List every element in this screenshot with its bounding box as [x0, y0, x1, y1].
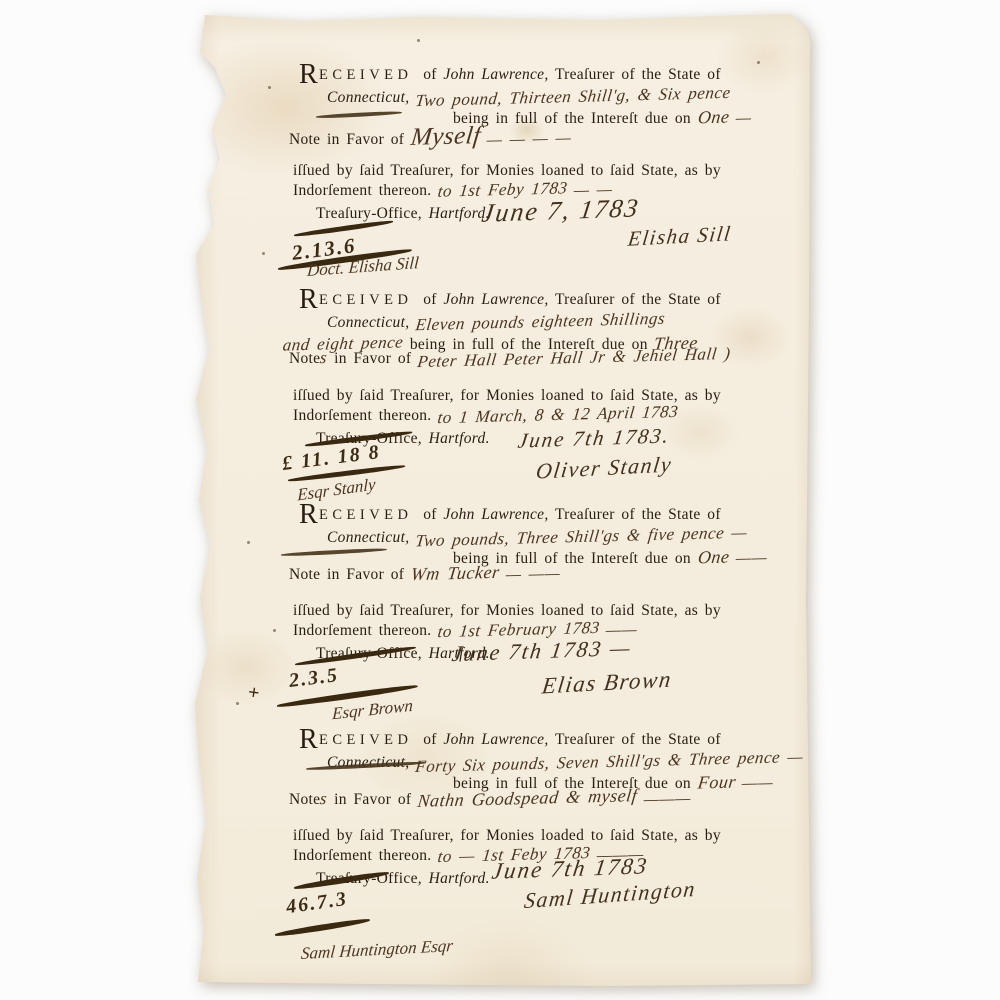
favor-line: Note in Favor of Myself — — — — — [289, 123, 571, 151]
drop-cap: R — [299, 724, 318, 755]
issued-line: iſſued by ſaid Treaſurer, for Monies loa… — [293, 162, 721, 180]
signature-handwriting: Elisha Sill — [627, 221, 733, 252]
state-name: Connecticut, — [327, 529, 409, 546]
date-handwriting: June 7, 1783 — [480, 193, 642, 229]
date-handwriting: June 7th 1783. — [516, 423, 672, 453]
payer-name: John Lawrence, — [443, 506, 548, 523]
office-line: Treaſury-Office, Hartford. — [316, 205, 490, 223]
pen-stroke — [281, 547, 387, 557]
due-count-handwriting: One — [696, 107, 730, 129]
favor-line: Note in Favor of Wm Tucker — —— — [289, 563, 560, 584]
drop-cap: R — [299, 59, 318, 90]
payer-name: John Lawrence, — [443, 291, 548, 308]
city-name: Hartford. — [429, 870, 490, 887]
favor-line: Notes in Favor of Peter Hall Peter Hall … — [289, 348, 737, 368]
docket-handwriting: Esqr Brown — [332, 696, 413, 725]
issued-line: iſſued by ſaid Treaſurer, for Monies loa… — [293, 602, 721, 620]
date-handwriting: June 7th 1783 — — [450, 635, 633, 667]
state-name: Connecticut, — [327, 314, 409, 331]
amount-line: Connecticut, Two pound, Thirteen Shill'g… — [327, 87, 730, 107]
payee-handwriting: Myself — [409, 122, 482, 152]
drop-cap: R — [299, 499, 318, 530]
amount-line: Connecticut, Two pounds, Three Shill'gs … — [327, 527, 747, 547]
ink-speck — [417, 39, 420, 42]
due-count-handwriting: Four — [696, 772, 737, 794]
docket-handwriting: Saml Huntington Esqr — [300, 936, 454, 964]
issued-line: iſſued by ſaid Treaſurer, for Monies loa… — [293, 827, 721, 845]
document-photo: RECEIVED of John Lawrence, Treaſurer of … — [0, 0, 1000, 1000]
margin-amount-handwriting: 46.7.3 — [285, 888, 350, 919]
ink-speck — [757, 61, 760, 64]
received-line: RECEIVED of John Lawrence, Treaſurer of … — [299, 731, 721, 749]
payee-handwriting: Wm Tucker — [410, 562, 501, 585]
document-text-layer: RECEIVED of John Lawrence, Treaſurer of … — [0, 0, 1000, 1000]
ink-speck — [236, 702, 239, 705]
received-line: RECEIVED of John Lawrence, Treaſurer of … — [299, 66, 721, 84]
favor-line: Notes in Favor of Nathn Goodspead & myse… — [289, 788, 691, 809]
payer-name: John Lawrence, — [443, 66, 548, 83]
received-line: RECEIVED of John Lawrence, Treaſurer of … — [299, 506, 721, 524]
ink-speck — [268, 86, 271, 89]
ink-speck — [262, 252, 265, 255]
indorsement-line: Indorſement thereon. to 1 March, 8 & 12 … — [293, 405, 685, 425]
state-name: Connecticut, — [327, 89, 409, 106]
amount-line: Connecticut, Eleven pounds eighteen Shil… — [327, 312, 665, 332]
payee-handwriting: Nathn Goodspead & myself — [416, 785, 638, 812]
signature-handwriting: Oliver Stanly — [534, 451, 673, 484]
pen-stroke — [316, 111, 402, 119]
due-count-handwriting: One — [696, 547, 730, 569]
payee-handwriting: Peter Hall Peter Hall Jr & Jehiel Hall ) — [416, 344, 731, 372]
city-name: Hartford. — [429, 430, 490, 447]
cross-mark: + — [246, 681, 260, 705]
received-line: RECEIVED of John Lawrence, Treaſurer of … — [299, 291, 721, 309]
ink-speck — [247, 541, 250, 544]
amount-handwriting: Eleven pounds eighteen Shillings — [415, 309, 667, 336]
drop-cap: R — [299, 284, 318, 315]
payer-name: John Lawrence, — [443, 731, 548, 748]
pen-stroke — [275, 917, 371, 938]
ink-speck — [273, 629, 276, 632]
margin-amount-handwriting: 2.3.5 — [288, 664, 340, 693]
signature-handwriting: Elias Brown — [540, 666, 673, 699]
